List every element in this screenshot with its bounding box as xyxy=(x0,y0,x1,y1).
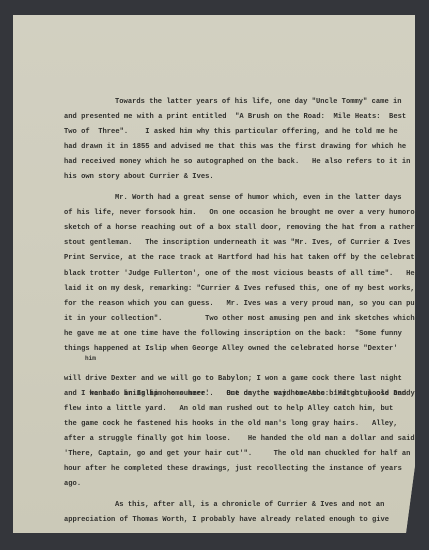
text-line: the game cock he fastened his hooks in t… xyxy=(64,417,404,432)
text-line: hour after he completed these drawings, … xyxy=(64,462,404,477)
text-line: his own story about Currier & Ives. xyxy=(64,170,404,185)
text-line: after a struggle finally got him loose. … xyxy=(64,432,404,447)
text-line: things happened at Islip when George All… xyxy=(64,342,404,357)
text-line: had drawn it in 1855 and advised me that… xyxy=(64,140,404,155)
text-line: flew into a little yard. An old man rush… xyxy=(64,402,404,417)
text-line: Print Service, at the race track at Hart… xyxy=(64,251,404,266)
text-line: sketch of a horse reaching out of a box … xyxy=(64,221,404,236)
text-line: ago. xyxy=(64,477,404,492)
text-line: and presented me with a print entitled "… xyxy=(64,110,404,125)
text-line: Mr. Worth had a great sense of humor whi… xyxy=(64,191,404,206)
text-line: stout gentleman. The inscription underne… xyxy=(64,236,404,251)
text-line-with-insert: him he had in Islip one summer. One day … xyxy=(64,357,404,372)
text-line: Two of Three". I asked him why this part… xyxy=(64,125,404,140)
text-line: Towards the latter years of his life, on… xyxy=(64,95,404,110)
text-line: As this, after all, is a chronicle of Cu… xyxy=(64,498,404,513)
text-line: black trotter 'Judge Fullerton', one of … xyxy=(64,267,404,282)
text-line: laid it on my desk, remarking: "Currier … xyxy=(64,282,404,297)
text-line: 'There, Captain, go and get your hair cu… xyxy=(64,447,404,462)
typewritten-page: Towards the latter years of his life, on… xyxy=(13,15,415,533)
text-line: and I want to bring him home here'. But … xyxy=(64,387,404,402)
text-line: it in your collection". Two other most a… xyxy=(64,312,404,327)
text-line: of his life, never forsook him. On one o… xyxy=(64,206,404,221)
text-line: had received money which he so autograph… xyxy=(64,155,404,170)
page-text: Towards the latter years of his life, on… xyxy=(64,95,404,528)
text-line: will drive Dexter and we will go to Baby… xyxy=(64,372,404,387)
text-line: appreciation of Thomas Worth, I probably… xyxy=(64,513,404,528)
text-line: for the reason which you can guess. Mr. … xyxy=(64,297,404,312)
handwritten-insert: him xyxy=(85,351,96,366)
text-line: he gave me at one time have the followin… xyxy=(64,327,404,342)
